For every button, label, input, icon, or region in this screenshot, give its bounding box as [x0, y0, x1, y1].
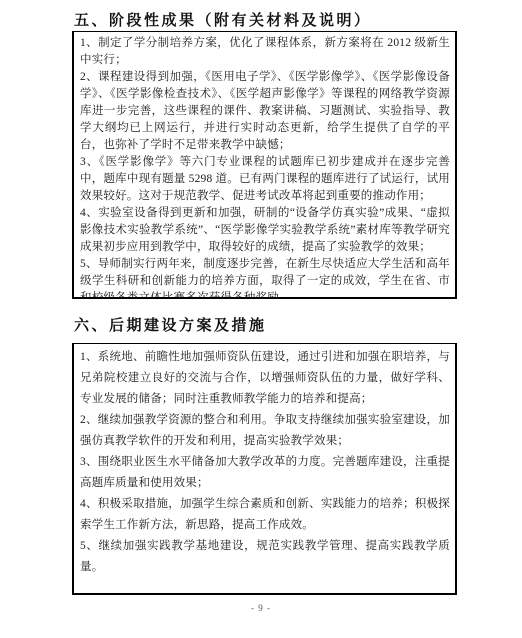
paragraph: 4、积极采取措施，加强学生综合素质和创新、实践能力的培养；积极探索学生工作新方法…	[80, 494, 450, 536]
paragraph: 4、实验室设备得到更新和加强，研制的“设备学仿真实验”成果、“虚拟影像技术实验教…	[80, 205, 450, 256]
page-number: - 9 -	[0, 603, 522, 613]
paragraph: 5、导师制实行两年来，制度逐步完善，在新生尽快适应大学生活和高年级学生科研和创新…	[80, 256, 450, 299]
paragraph: 1、制定了学分制培养方案，优化了课程体系，新方案将在 2012 级新生中实行；	[80, 35, 450, 69]
paragraph: 5、继续加强实践教学基地建设，规范实践教学管理、提高实践教学质量。	[80, 536, 450, 578]
section-heading-phase-results: 五、阶段性成果（附有关材料及说明）	[74, 9, 372, 30]
phase-results-box: 1、制定了学分制培养方案，优化了课程体系，新方案将在 2012 级新生中实行；2…	[72, 31, 457, 299]
paragraph: 1、系统地、前瞻性地加强师资队伍建设，通过引进和加强在职培养，与兄弟院校建立良好…	[80, 347, 450, 410]
paragraph: 3、《医学影像学》等六门专业课程的试题库已初步建成并在逐步完善中，题库中现有题量…	[80, 154, 450, 205]
section-heading-future-plan: 六、后期建设方案及措施	[74, 314, 267, 335]
future-plan-box: 1、系统地、前瞻性地加强师资队伍建设，通过引进和加强在职培养，与兄弟院校建立良好…	[72, 343, 457, 595]
paragraph: 3、围绕职业医生水平储备加大教学改革的力度。完善题库建设，注重提高题库质量和使用…	[80, 452, 450, 494]
paragraph: 2、继续加强教学资源的整合和利用。争取支持继续加强实验室建设，加强仿真教学软件的…	[80, 410, 450, 452]
paragraph: 2、课程建设得到加强，《医用电子学》、《医学影像学》、《医学影像设备学》、《医学…	[80, 69, 450, 154]
